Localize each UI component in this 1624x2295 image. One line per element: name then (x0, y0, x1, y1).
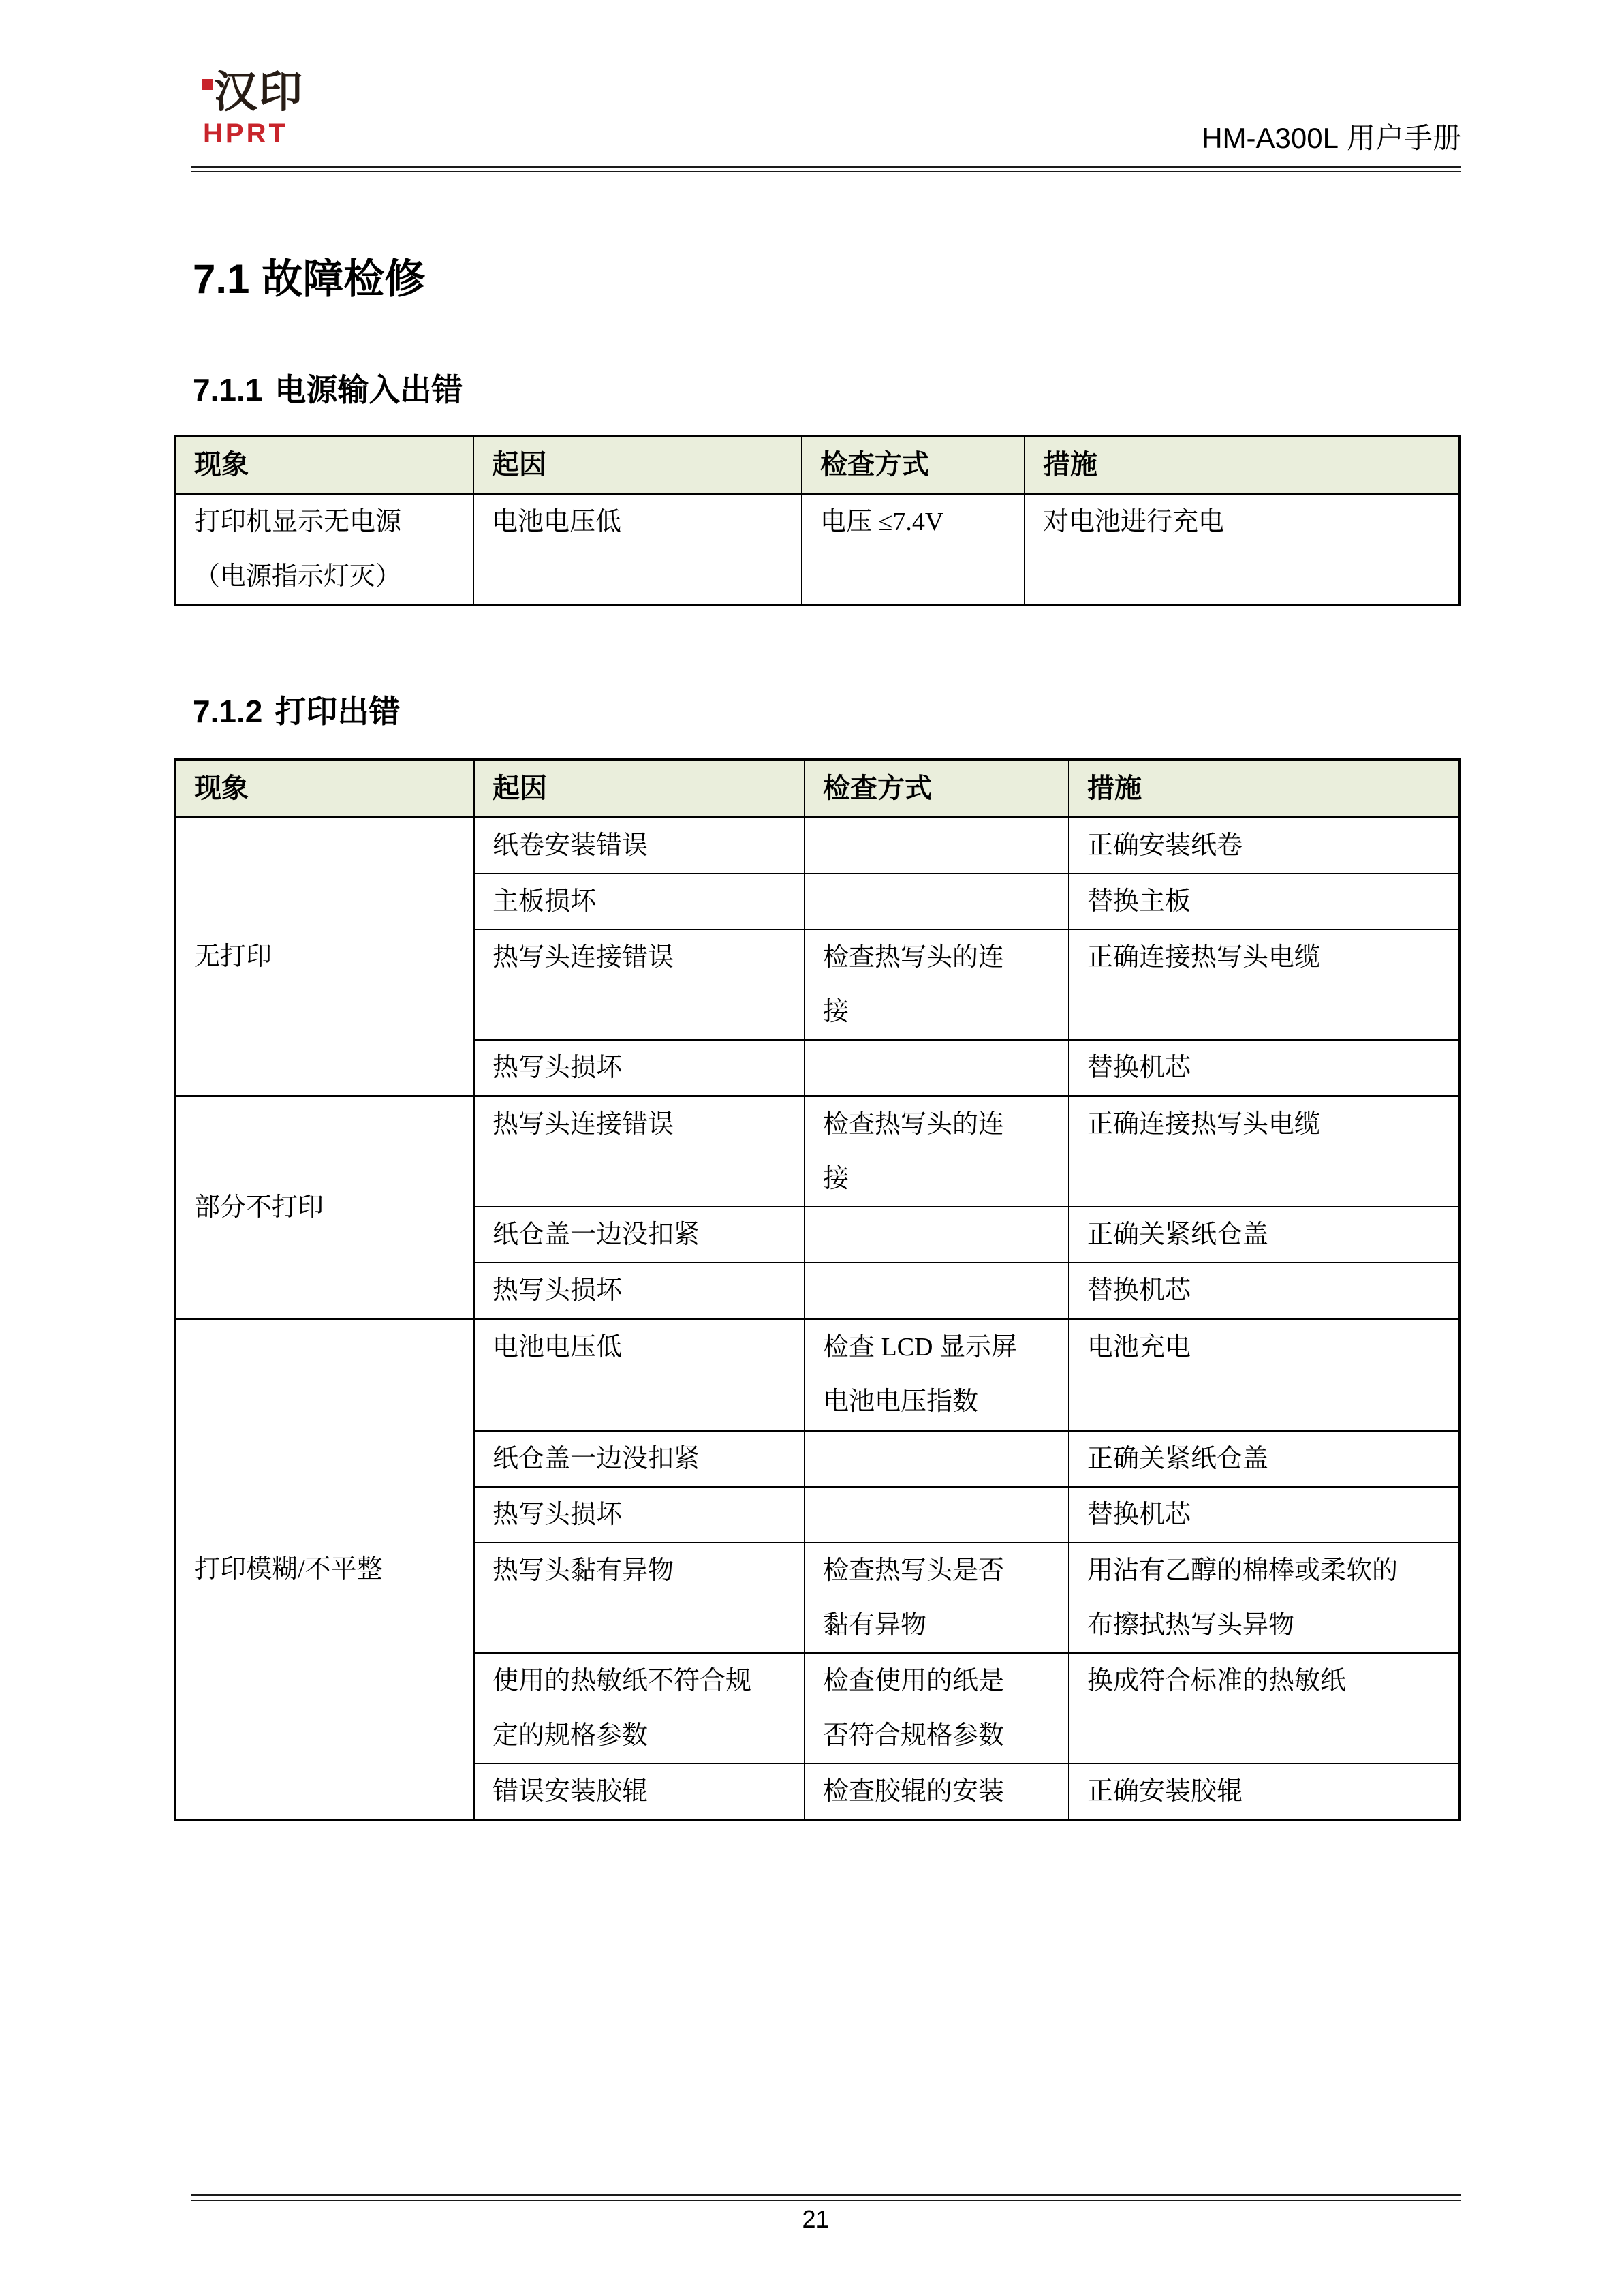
section-title-7-1-1: 7.1.1电源输入出错 (193, 365, 463, 410)
column-header-cause: 起因 (473, 436, 802, 493)
cell-action: 电池充电 (1069, 1319, 1459, 1431)
print-error-table: 现象 起因 检查方式 措施 无打印 纸卷安装错误 正确安装纸卷 主板损坏 替换主… (174, 758, 1461, 1821)
table-row: 打印模糊/不平整 电池电压低 检查 LCD 显示屏 电池电压指数 电池充电 (175, 1319, 1459, 1431)
section-text: 打印出错 (275, 694, 400, 729)
section-number: 7.1.2 (193, 694, 262, 729)
cell-check (805, 1431, 1069, 1487)
cell-cause: 热写头损坏 (474, 1040, 805, 1096)
cell-action: 正确安装胶辊 (1069, 1763, 1459, 1820)
cell-cause: 主板损坏 (474, 874, 805, 929)
cell-check: 检查热写头是否 黏有异物 (805, 1543, 1069, 1653)
table-row: 打印机显示无电源 （电源指示灯灭） 电池电压低 电压 ≤7.4V 对电池进行充电 (175, 493, 1459, 605)
cell-cause: 电池电压低 (474, 1319, 805, 1431)
cell-phenomenon: 打印机显示无电源 （电源指示灯灭） (175, 493, 473, 605)
cell-action: 用沾有乙醇的棉棒或柔软的 布擦拭热写头异物 (1069, 1543, 1459, 1653)
column-header-phenomenon: 现象 (175, 436, 473, 493)
cell-action: 替换机芯 (1069, 1487, 1459, 1543)
cell-cause: 纸卷安装错误 (474, 817, 805, 874)
cell-check (805, 1207, 1069, 1263)
cell-action: 替换机芯 (1069, 1263, 1459, 1319)
cell-check (805, 1263, 1069, 1319)
hprt-logo: 汉印 HPRT (202, 68, 304, 149)
product-model: HM-A300L (1202, 122, 1339, 154)
section-title-7-1: 7.1故障检修 (193, 247, 425, 305)
cell-cause: 热写头损坏 (474, 1487, 805, 1543)
logo-red-square-icon (202, 79, 213, 90)
table-header-row: 现象 起因 检查方式 措施 (175, 436, 1459, 493)
cell-cause: 使用的热敏纸不符合规 定的规格参数 (474, 1653, 805, 1763)
document-title: HM-A300L用户手册 (1202, 121, 1461, 156)
cell-action: 换成符合标准的热敏纸 (1069, 1653, 1459, 1763)
cell-phenomenon-group1: 无打印 (175, 817, 474, 1096)
table-row: 部分不打印 热写头连接错误 检查热写头的连 接 正确连接热写头电缆 (175, 1096, 1459, 1207)
page-number: 21 (174, 2205, 1458, 2234)
cell-action: 正确连接热写头电缆 (1069, 1096, 1459, 1207)
section-number: 7.1.1 (193, 372, 262, 407)
column-header-check: 检查方式 (805, 760, 1069, 817)
cell-cause: 热写头损坏 (474, 1263, 805, 1319)
cell-cause: 热写头连接错误 (474, 929, 805, 1040)
cell-check (805, 817, 1069, 874)
cell-check: 检查热写头的连 接 (805, 929, 1069, 1040)
section-text: 电源输入出错 (275, 373, 463, 407)
cell-check: 检查使用的纸是 否符合规格参数 (805, 1653, 1069, 1763)
power-input-error-table: 现象 起因 检查方式 措施 打印机显示无电源 （电源指示灯灭） 电池电压低 电压… (174, 435, 1461, 606)
header-rule (191, 166, 1461, 172)
manual-page: 汉印 HPRT HM-A300L用户手册 7.1故障检修 7.1.1电源输入出错… (0, 0, 1624, 2295)
cell-phenomenon-group3: 打印模糊/不平整 (175, 1319, 474, 1820)
section-text: 故障检修 (262, 257, 425, 302)
cell-cause: 热写头连接错误 (474, 1096, 805, 1207)
section-title-7-1-2: 7.1.2打印出错 (193, 687, 400, 732)
cell-check: 检查 LCD 显示屏 电池电压指数 (805, 1319, 1069, 1431)
section-number: 7.1 (193, 256, 249, 302)
cell-check: 检查胶辊的安装 (805, 1763, 1069, 1820)
cell-action: 对电池进行充电 (1025, 493, 1459, 605)
cell-action: 正确关紧纸仓盖 (1069, 1207, 1459, 1263)
table-row: 无打印 纸卷安装错误 正确安装纸卷 (175, 817, 1459, 874)
footer-rule (191, 2194, 1461, 2201)
cell-cause: 纸仓盖一边没扣紧 (474, 1207, 805, 1263)
logo-latin-text: HPRT (202, 119, 304, 149)
cell-cause: 热写头黏有异物 (474, 1543, 805, 1653)
cell-action: 正确连接热写头电缆 (1069, 929, 1459, 1040)
cell-action: 替换主板 (1069, 874, 1459, 929)
cell-action: 正确关紧纸仓盖 (1069, 1431, 1459, 1487)
table-header-row: 现象 起因 检查方式 措施 (175, 760, 1459, 817)
manual-label: 用户手册 (1347, 123, 1461, 155)
cell-action: 替换机芯 (1069, 1040, 1459, 1096)
cell-check: 检查热写头的连 接 (805, 1096, 1069, 1207)
cell-cause: 错误安装胶辊 (474, 1763, 805, 1820)
cell-cause: 纸仓盖一边没扣紧 (474, 1431, 805, 1487)
cell-check (805, 1487, 1069, 1543)
cell-phenomenon-group2: 部分不打印 (175, 1096, 474, 1319)
column-header-action: 措施 (1069, 760, 1459, 817)
column-header-cause: 起因 (474, 760, 805, 817)
column-header-check: 检查方式 (802, 436, 1025, 493)
cell-check (805, 874, 1069, 929)
cell-action: 正确安装纸卷 (1069, 817, 1459, 874)
logo-chinese-text: 汉印 (202, 68, 304, 116)
cell-check: 电压 ≤7.4V (802, 493, 1025, 605)
cell-cause: 电池电压低 (473, 493, 802, 605)
column-header-phenomenon: 现象 (175, 760, 474, 817)
cell-check (805, 1040, 1069, 1096)
column-header-action: 措施 (1025, 436, 1459, 493)
